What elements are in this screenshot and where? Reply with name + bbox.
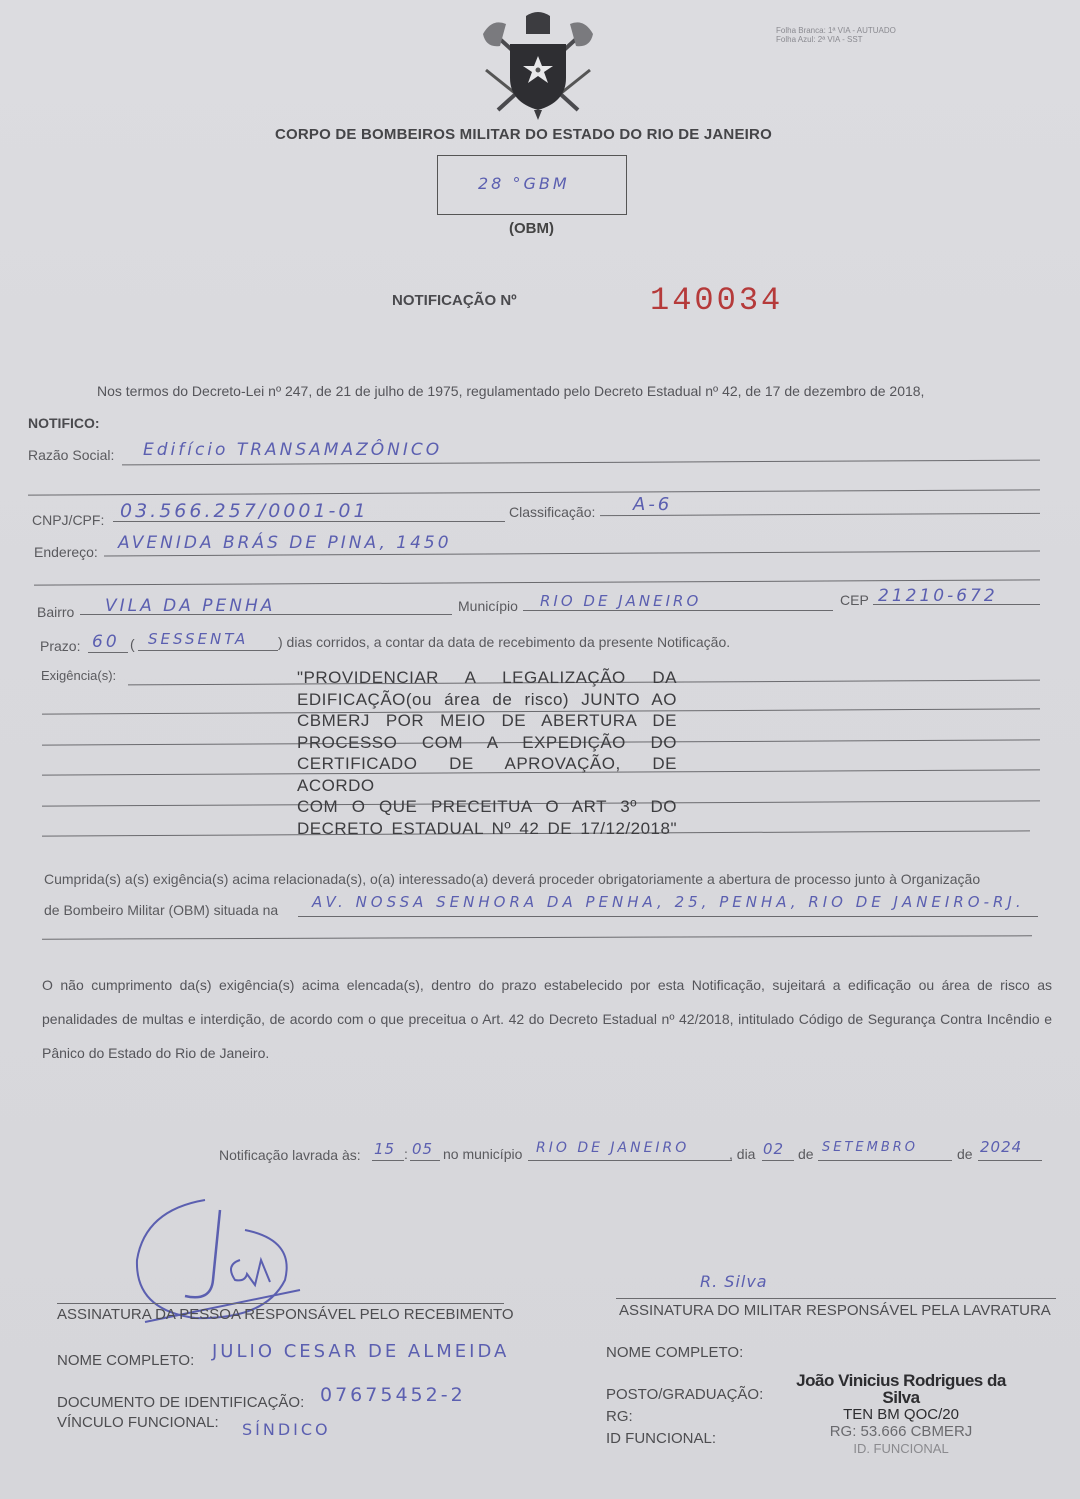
classificacao-label: Classificação: <box>509 504 595 520</box>
officer-signature: R. Silva <box>700 1272 768 1291</box>
issued-label: Notificação lavrada às: <box>219 1147 361 1163</box>
endereco-label: Endereço: <box>34 544 98 560</box>
notification-number: 140034 <box>650 282 783 319</box>
firefighter-coat-of-arms-icon <box>478 10 598 122</box>
endereco-field[interactable]: AVENIDA BRÁS DE PINA, 1450 <box>118 533 452 553</box>
intro-text: Nos termos do Decreto-Lei nº 247, de 21 … <box>97 383 924 399</box>
razao-social-field[interactable]: Edifício TRANSAMAZÔNICO <box>143 440 442 460</box>
recipient-name-field[interactable]: JULIO CESAR DE ALMEIDA <box>212 1341 509 1362</box>
classificacao-field[interactable]: A-6 <box>633 494 672 515</box>
cep-label: CEP <box>840 592 869 608</box>
recipient-vinculo-field[interactable]: SÍNDICO <box>242 1420 331 1439</box>
bairro-label: Bairro <box>37 604 74 620</box>
municipio-label: Município <box>458 598 518 614</box>
recipient-name-label: NOME COMPLETO: <box>57 1352 194 1369</box>
officer-stamp: João Vinicius Rodrigues da Silva TEN BM … <box>796 1372 1006 1457</box>
issued-ano-field[interactable]: 2024 <box>980 1138 1022 1156</box>
prazo-open-paren: ( <box>130 636 135 652</box>
issued-municipio-field[interactable]: RIO DE JANEIRO <box>536 1140 689 1156</box>
stamp-name: João Vinicius Rodrigues da Silva <box>796 1372 1006 1406</box>
stamp-rg: RG: 53.666 CBMERJ <box>796 1423 1006 1440</box>
prazo-label: Prazo: <box>40 638 80 654</box>
prazo-field[interactable]: 60 <box>92 632 120 652</box>
issued-hour-field[interactable]: 15 <box>374 1140 395 1158</box>
obm-value: 28 °GBM <box>478 174 570 193</box>
notifico-label: NOTIFICO: <box>28 415 100 431</box>
recipient-doc-label: DOCUMENTO DE IDENTIFICAÇÃO: <box>57 1394 304 1411</box>
issued-dia-label: , dia <box>729 1146 755 1162</box>
cnpj-field[interactable]: 03.566.257/0001-01 <box>120 500 369 522</box>
issued-de-label-2: de <box>957 1146 973 1162</box>
copy-info: Folha Branca: 1ª VIA - AUTUADO Folha Azu… <box>776 26 896 44</box>
cep-field[interactable]: 21210-672 <box>878 586 998 606</box>
prazo-text: ) dias corridos, a contar da data de rec… <box>278 634 730 650</box>
cnpj-label: CNPJ/CPF: <box>32 512 104 528</box>
copy-info-blue: Folha Azul: 2ª VIA - SST <box>776 35 896 44</box>
obm-box[interactable]: 28 °GBM <box>437 155 627 215</box>
officer-posto-label: POSTO/GRADUAÇÃO: <box>606 1386 763 1403</box>
officer-name-label: NOME COMPLETO: <box>606 1344 743 1361</box>
municipio-field[interactable]: RIO DE JANEIRO <box>540 592 701 610</box>
recipient-doc-field[interactable]: 07675452-2 <box>320 1384 466 1406</box>
recipient-vinculo-label: VÍNCULO FUNCIONAL: <box>57 1414 219 1431</box>
recipient-signature-caption: ASSINATURA DA PESSOA RESPONSÁVEL PELO RE… <box>57 1306 514 1323</box>
issued-mes-field[interactable]: SETEMBRO <box>822 1140 918 1155</box>
issued-de-label-1: de <box>798 1146 814 1162</box>
issued-municipio-label: no município <box>443 1146 522 1162</box>
compliance-text-line1: Cumprida(s) a(s) exigência(s) acima rela… <box>44 871 980 887</box>
exigencias-text: "PROVIDENCIAR A LEGALIZAÇÃO DA EDIFICAÇÃ… <box>297 667 677 839</box>
bairro-field[interactable]: VILA DA PENHA <box>105 596 275 616</box>
issued-time-separator: : <box>404 1146 408 1162</box>
issued-dia-field[interactable]: 02 <box>763 1140 784 1158</box>
issued-minute-field[interactable]: 05 <box>412 1140 433 1158</box>
officer-id-label: ID FUNCIONAL: <box>606 1430 716 1447</box>
stamp-id: ID. FUNCIONAL <box>796 1440 1006 1457</box>
notification-label: NOTIFICAÇÃO Nº <box>392 292 517 309</box>
penalty-text: O não cumprimento da(s) exigência(s) aci… <box>42 968 1052 1070</box>
obm-address-field[interactable]: AV. NOSSA SENHORA DA PENHA, 25, PENHA, R… <box>312 893 1025 911</box>
organization-title: CORPO DE BOMBEIROS MILITAR DO ESTADO DO … <box>275 126 772 143</box>
copy-info-white: Folha Branca: 1ª VIA - AUTUADO <box>776 26 896 35</box>
obm-label: (OBM) <box>509 220 554 237</box>
razao-social-label: Razão Social: <box>28 447 114 463</box>
officer-rg-label: RG: <box>606 1408 633 1425</box>
officer-signature-caption: ASSINATURA DO MILITAR RESPONSÁVEL PELA L… <box>619 1302 1051 1319</box>
stamp-rank: TEN BM QOC/20 <box>796 1406 1006 1423</box>
prazo-words-field[interactable]: SESSENTA <box>148 630 248 648</box>
compliance-text-line2: de Bombeiro Militar (OBM) situada na <box>44 902 278 918</box>
exigencias-label: Exigência(s): <box>41 668 116 683</box>
